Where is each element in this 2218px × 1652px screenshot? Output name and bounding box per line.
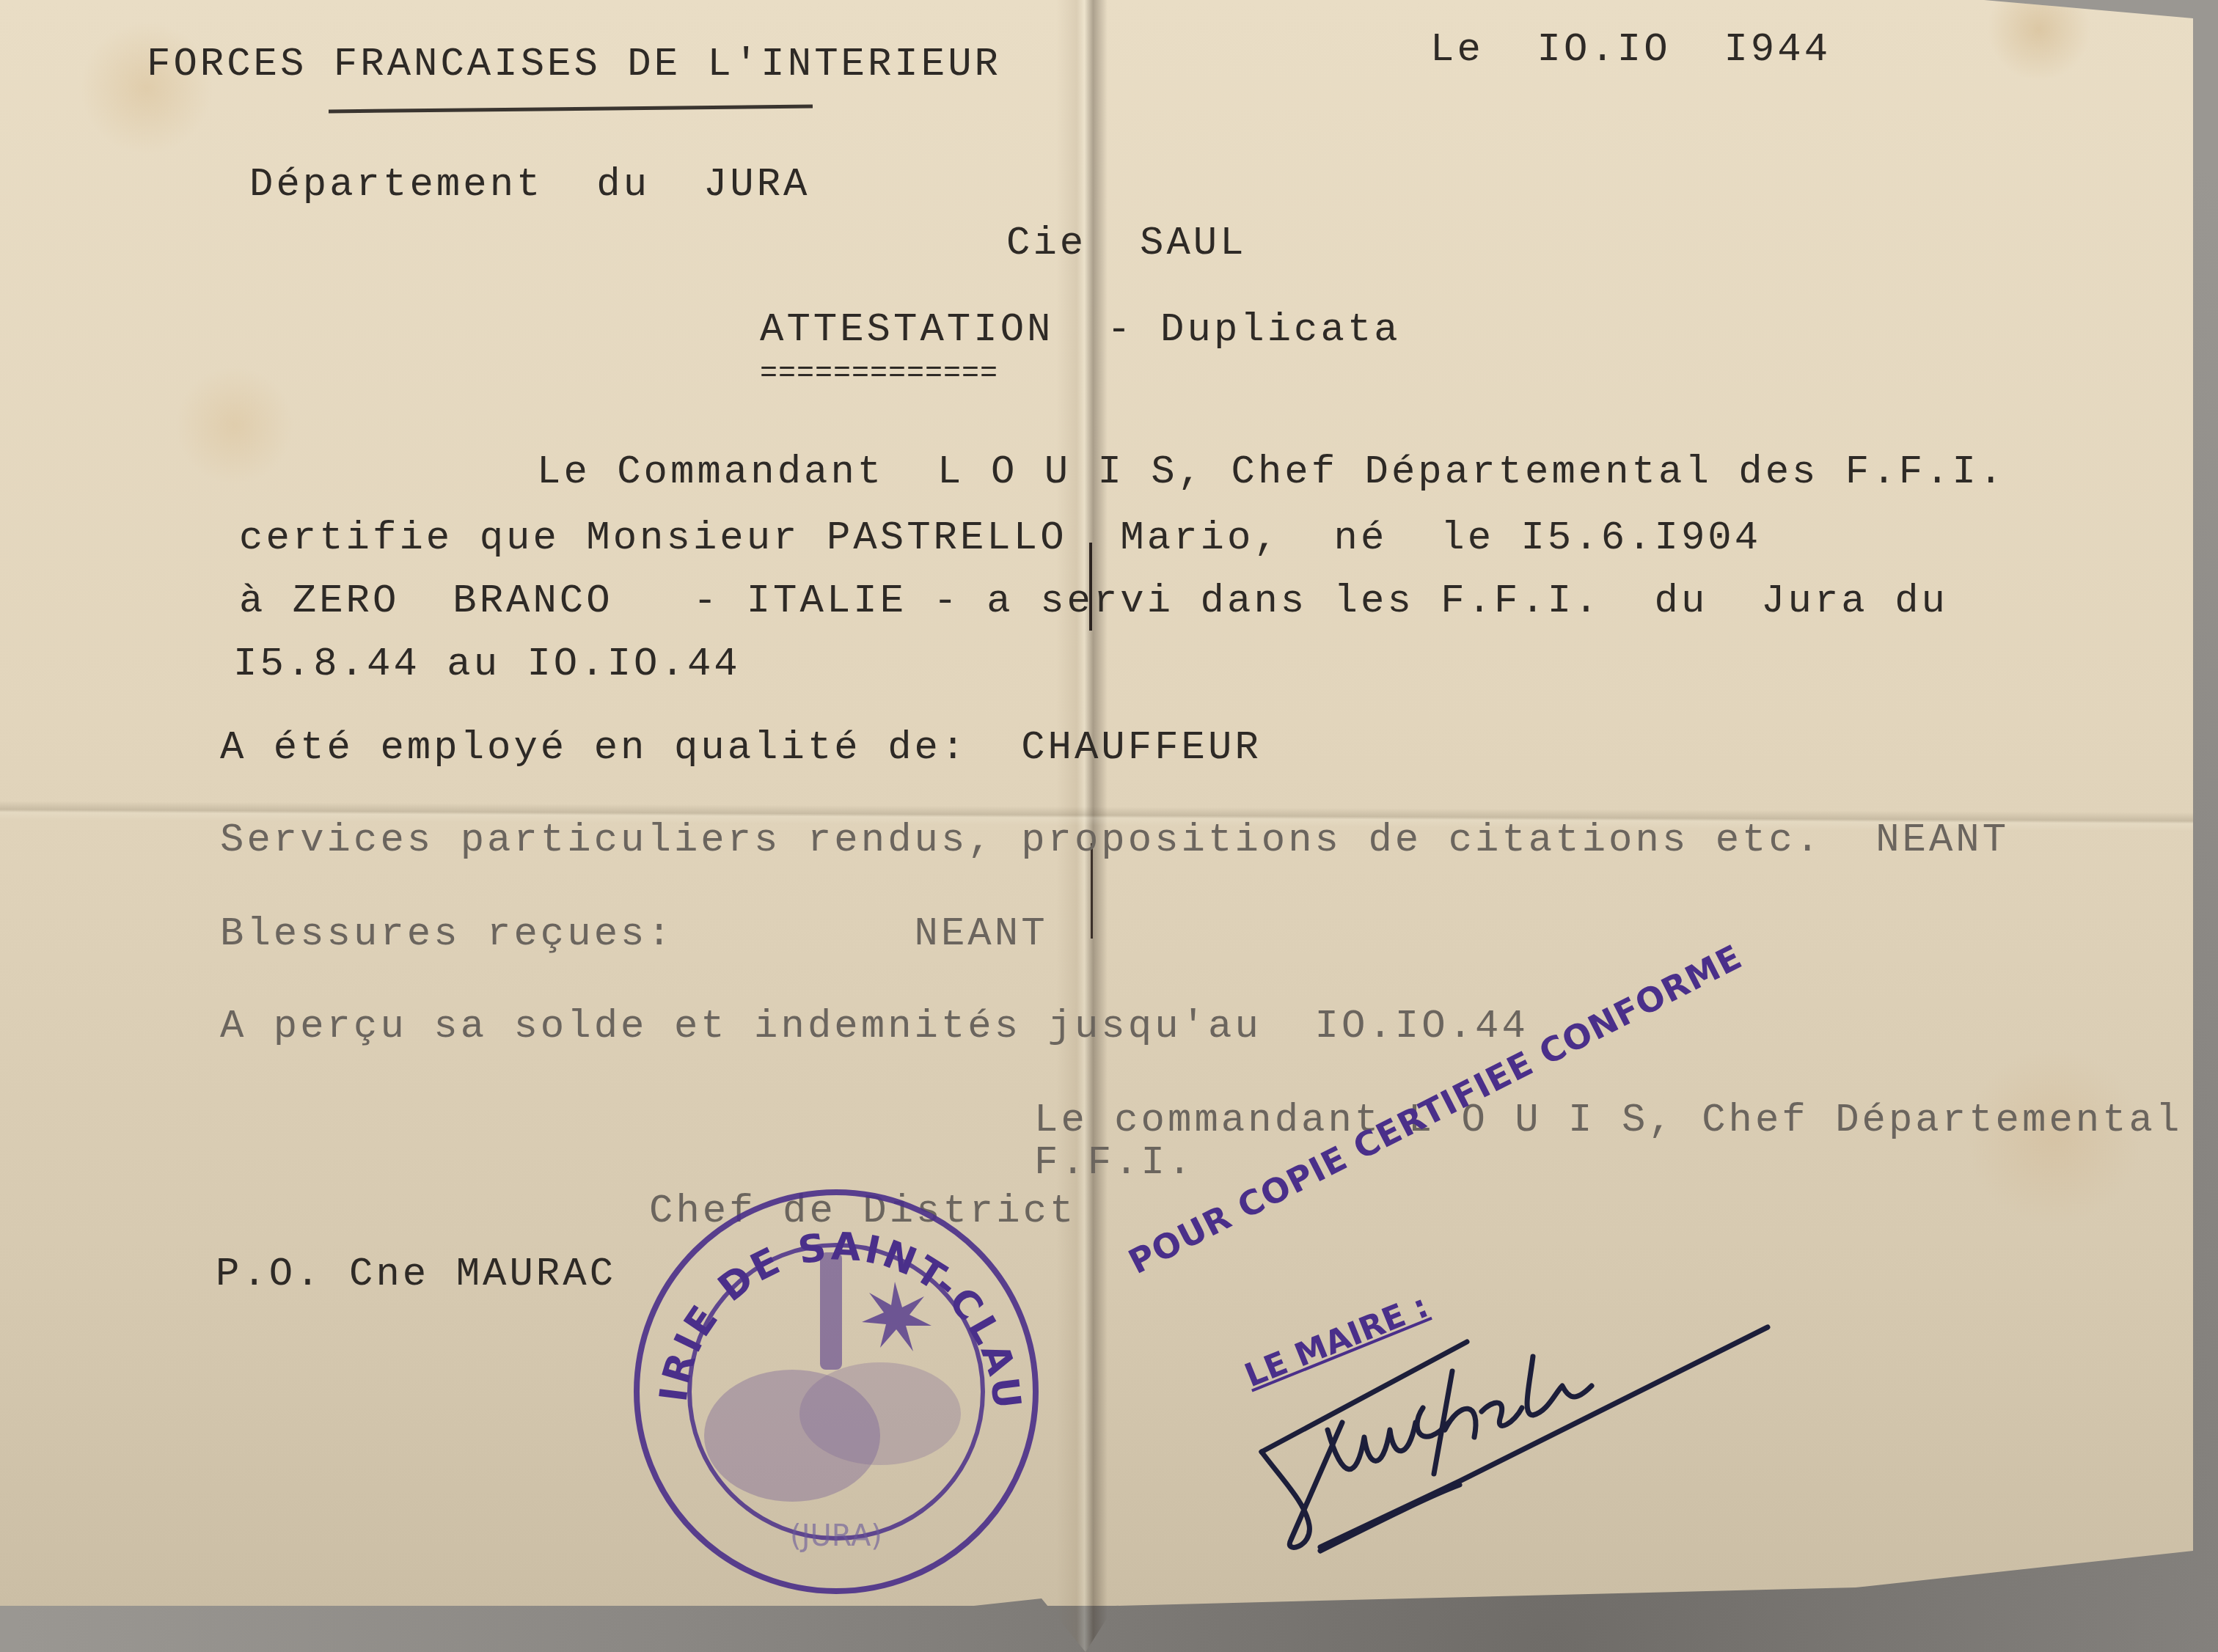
mayor-signature-icon [1240, 1261, 1826, 1569]
document-title: ATTESTATION - Duplicata [760, 308, 1401, 353]
body-line-1: Le Commandant L O U I S, Chef Départemen… [537, 450, 2005, 495]
mairie-seal-stamp-icon: MAIRIE DE SAINT-CLAUDE (JURA) [623, 1172, 1049, 1597]
wounds-field: Blessures reçues: NEANT [220, 912, 1048, 957]
attestation-document: FORCES FRANCAISES DE L'INTERIEUR Le IO.I… [0, 0, 2193, 1606]
po-signatory: P.O. Cne MAURAC [216, 1252, 616, 1297]
body-line-3: à ZERO BRANCO - ITALIE - a servi dans le… [239, 579, 1948, 624]
body-line-4: I5.8.44 au IO.IO.44 [233, 642, 741, 687]
services-field: Services particuliers rendus, propositio… [220, 818, 2009, 863]
commander-signature-line-2: F.F.I. [1034, 1141, 1194, 1186]
body-line-2: certifie que Monsieur PASTRELLO Mario, n… [239, 516, 1761, 561]
organization-heading: FORCES FRANCAISES DE L'INTERIEUR [147, 43, 1001, 87]
heading-underline [329, 105, 813, 114]
employment-field: A été employé en qualité de: CHAUFFEUR [220, 726, 1262, 771]
svg-text:(JURA): (JURA) [790, 1519, 882, 1553]
title-underline: ============= [760, 358, 998, 391]
department-label: Département du JURA [249, 163, 810, 208]
document-date: Le IO.IO I944 [1430, 28, 1831, 73]
company-label: Cie SAUL [1006, 221, 1247, 266]
commander-signature-line: Le commandant L O U I S, Chef Départemen… [1034, 1098, 2182, 1143]
pay-field: A perçu sa solde et indemnités jusqu'au … [220, 1005, 1529, 1049]
